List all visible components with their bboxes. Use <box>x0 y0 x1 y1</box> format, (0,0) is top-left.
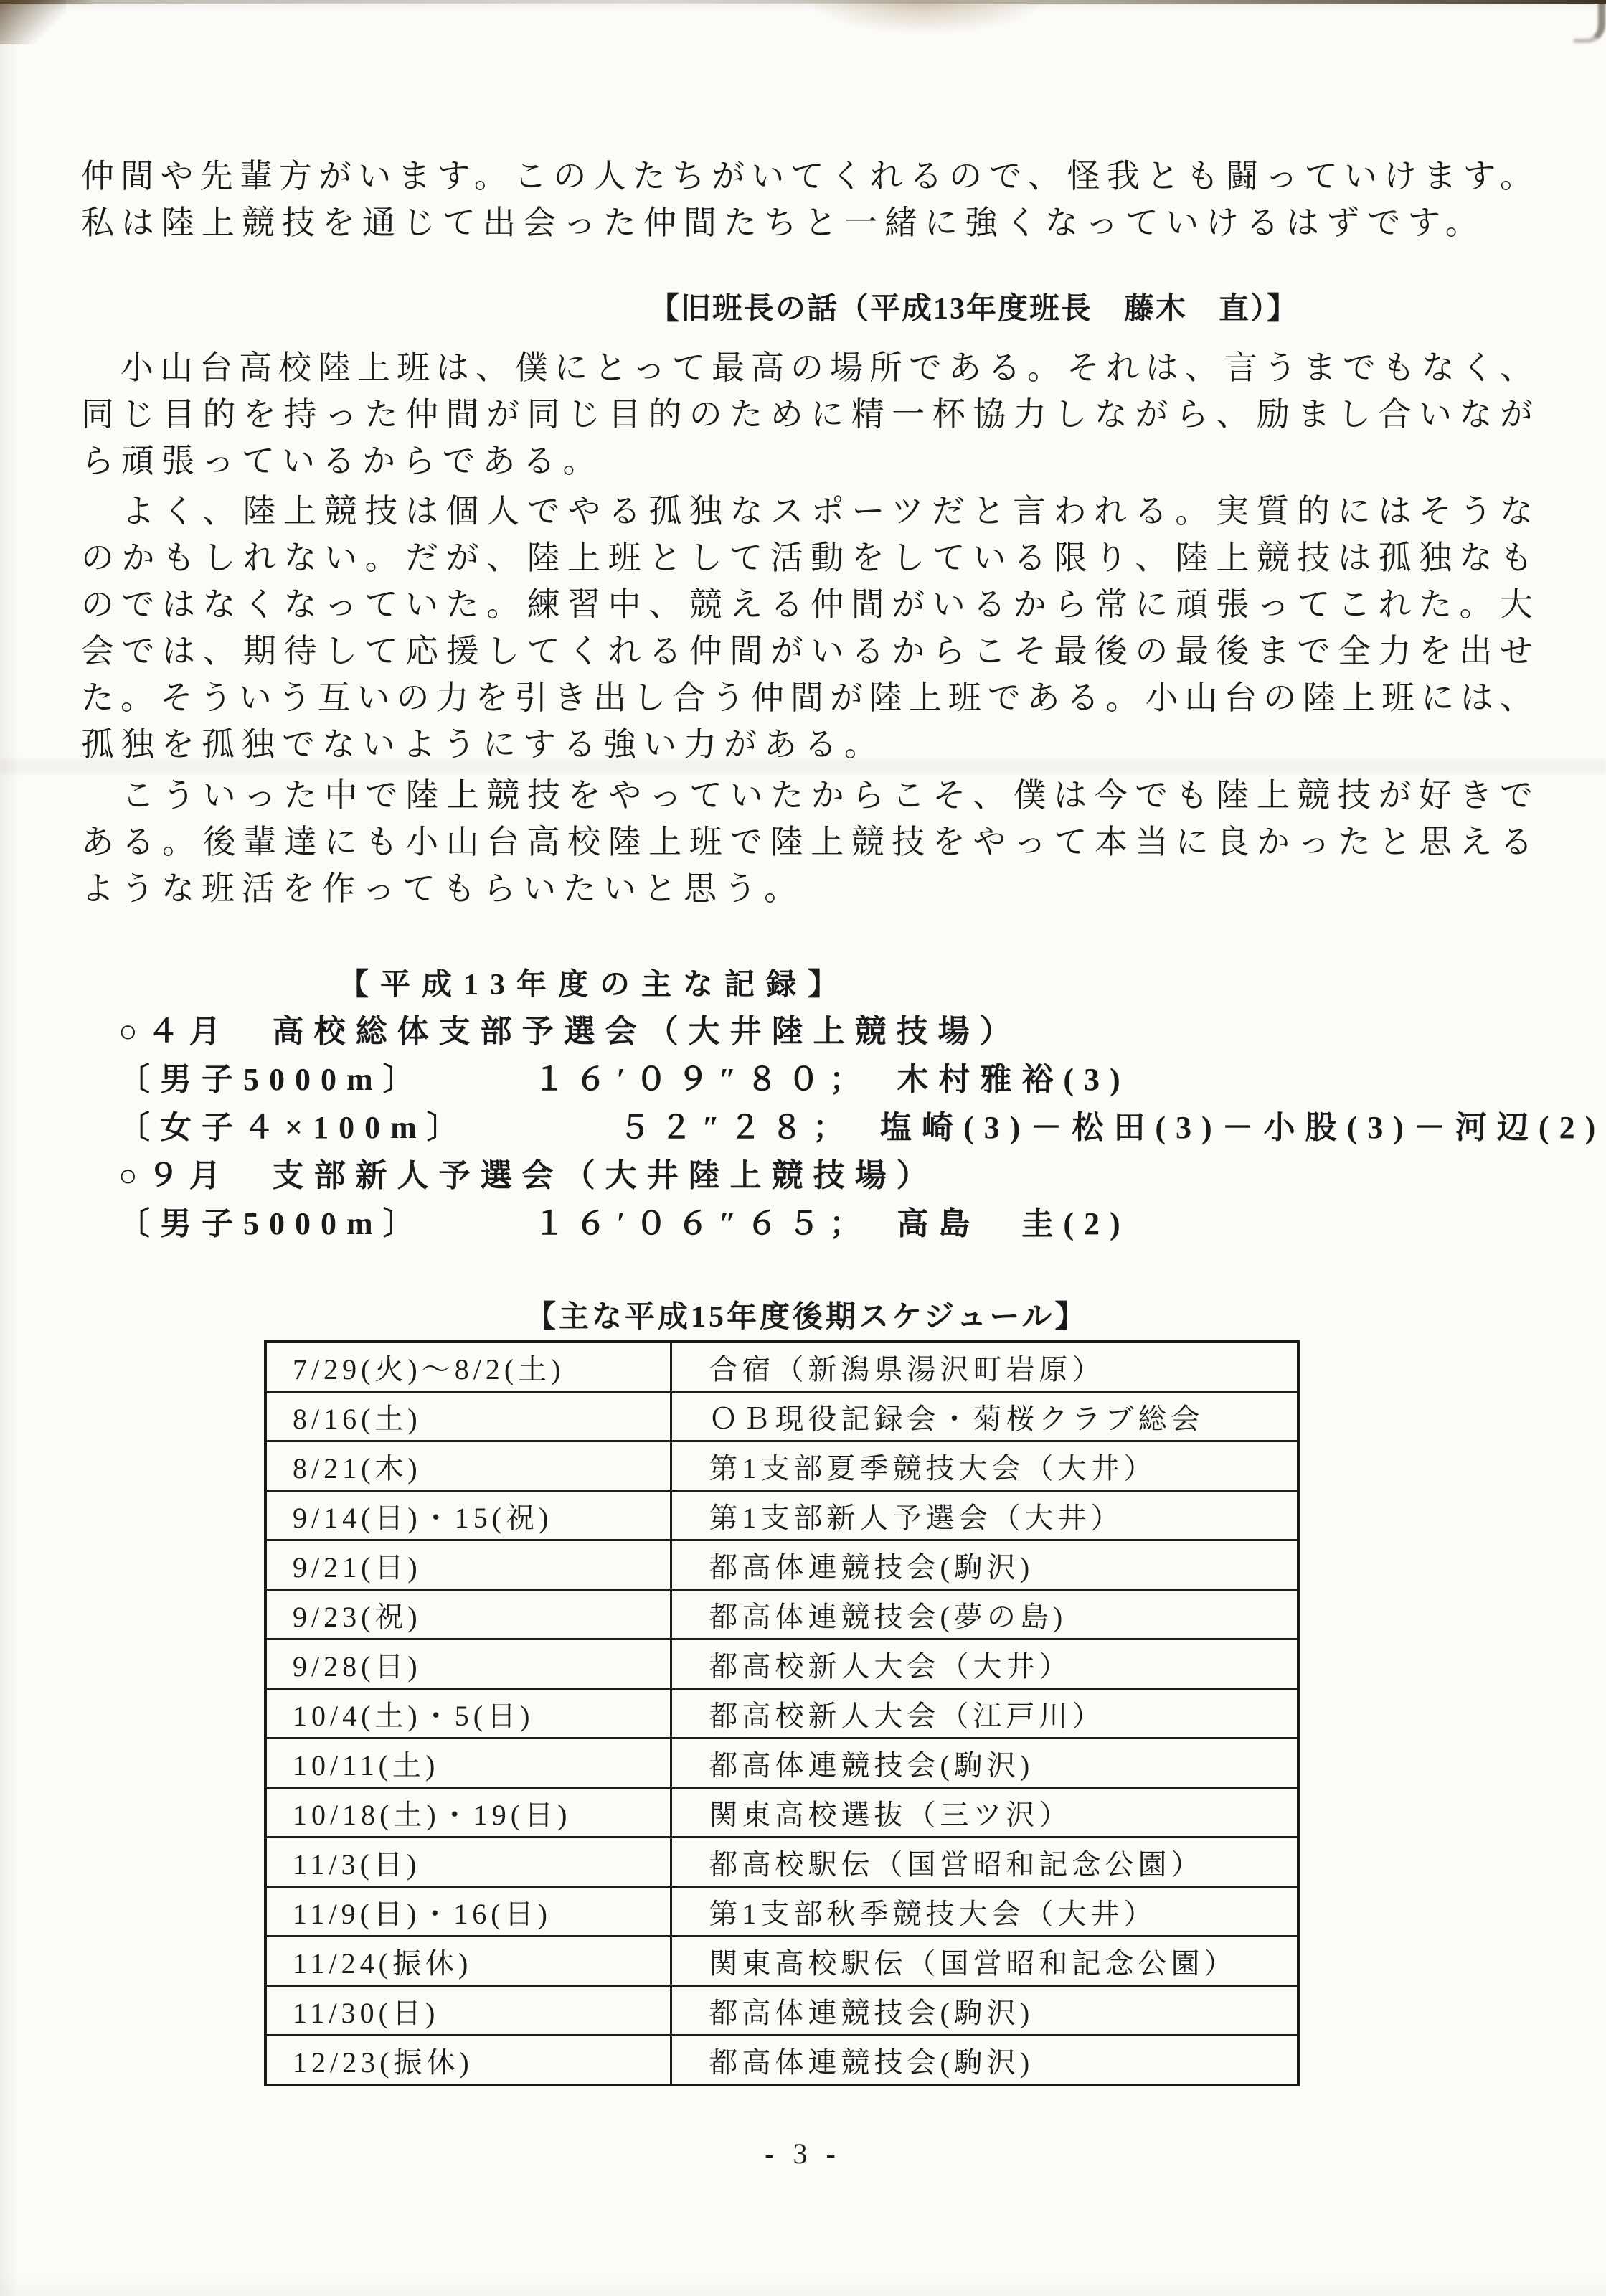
schedule-date-cell: 10/4(土)・5(日) <box>265 1689 671 1739</box>
schedule-row: 8/21(木) 第1支部夏季競技大会（大井） <box>265 1441 1298 1491</box>
scan-corner-artifact <box>0 0 66 44</box>
schedule-event-cell: 都高体連競技会(駒沢) <box>671 1739 1298 1788</box>
page-number: - 3 - <box>0 2137 1606 2170</box>
paragraph-line: よく、陸上競技は個人でやる孤独なスポーツだと言われる。実質的にはそうな <box>81 488 1533 535</box>
schedule-table: 7/29(火)～8/2(土) 合宿（新潟県湯沢町岩原） 8/16(土) ＯＢ現役… <box>264 1340 1300 2086</box>
paragraph-line: こういった中で陸上競技をやっていたからこそ、僕は今でも陸上競技が好きで <box>81 772 1533 819</box>
schedule-date-cell: 8/21(木) <box>265 1441 671 1491</box>
old-leader-paragraph-3: こういった中で陸上競技をやっていたからこそ、僕は今でも陸上競技が好きで ある。後… <box>81 772 1533 912</box>
paragraph-line: 同じ目的を持った仲間が同じ目的のために精一杯協力しながら、励まし合いなが <box>81 391 1533 438</box>
schedule-date-cell: 8/16(土) <box>265 1392 671 1441</box>
paragraph-line: のかもしれない。だが、陸上班として活動をしている限り、陸上競技は孤独なも <box>81 535 1533 581</box>
schedule-date-cell: 11/9(日)・16(日) <box>265 1887 671 1937</box>
schedule-row: 9/23(祝) 都高体連競技会(夢の島) <box>265 1590 1298 1639</box>
paragraph-line: 会では、期待して応援してくれる仲間がいるからこそ最後の最後まで全力を出せ <box>81 628 1533 674</box>
schedule-date-cell: 10/18(土)・19(日) <box>265 1788 671 1838</box>
scanned-document-page: 仲間や先輩方がいます。この人たちがいてくれるので、怪我とも闘っていけます。 私は… <box>0 0 1606 2296</box>
schedule-row: 10/4(土)・5(日) 都高校新人大会（江戸川） <box>265 1689 1298 1739</box>
schedule-row: 11/9(日)・16(日) 第1支部秋季競技大会（大井） <box>265 1887 1298 1937</box>
intro-paragraph: 仲間や先輩方がいます。この人たちがいてくれるので、怪我とも闘っていけます。 私は… <box>81 153 1533 246</box>
schedule-event-cell: 第1支部秋季競技大会（大井） <box>671 1887 1298 1937</box>
schedule-event-cell: 第1支部夏季競技大会（大井） <box>671 1441 1298 1491</box>
scan-smudge-artifact <box>807 0 1044 33</box>
schedule-row: 11/3(日) 都高校駅伝（国営昭和記念公園） <box>265 1838 1298 1887</box>
schedule-row: 8/16(土) ＯＢ現役記録会・菊桜クラブ総会 <box>265 1392 1298 1441</box>
schedule-event-cell: 都高校駅伝（国営昭和記念公園） <box>671 1838 1298 1887</box>
paragraph-line: 小山台高校陸上班は、僕にとって最高の場所である。それは、言うまでもなく、 <box>81 344 1533 391</box>
scan-hook-artifact <box>1574 0 1605 43</box>
schedule-event-cell: 都高体連競技会(夢の島) <box>671 1590 1298 1639</box>
schedule-event-cell: 都高体連競技会(駒沢) <box>671 2036 1298 2086</box>
section-heading-old-leader: 【旧班長の話（平成13年度班長 藤木 直）】 <box>649 288 1298 331</box>
records-list: ○４月 高校総体支部予選会（大井陸上競技場） 〔男子5000m〕 １６′０９″８… <box>118 1007 1605 1248</box>
schedule-row: 9/21(日) 都高体連競技会(駒沢) <box>265 1540 1298 1590</box>
schedule-date-cell: 9/14(日)・15(祝) <box>265 1491 671 1540</box>
schedule-row: 7/29(火)～8/2(土) 合宿（新潟県湯沢町岩原） <box>265 1342 1298 1392</box>
schedule-date-cell: 12/23(振休) <box>265 2036 671 2086</box>
schedule-event-cell: 関東高校駅伝（国営昭和記念公園） <box>671 1937 1298 1986</box>
schedule-row: 10/18(土)・19(日) 関東高校選抜（三ツ沢） <box>265 1788 1298 1838</box>
schedule-event-cell: 第1支部新人予選会（大井） <box>671 1491 1298 1540</box>
old-leader-paragraph-2: よく、陸上競技は個人でやる孤独なスポーツだと言われる。実質的にはそうな のかもし… <box>81 488 1533 768</box>
record-line: 〔男子5000m〕 １６′０９″８０； 木村雅裕(3) <box>118 1055 1605 1104</box>
schedule-date-cell: 9/28(日) <box>265 1639 671 1689</box>
schedule-date-cell: 11/24(振休) <box>265 1937 671 1986</box>
schedule-row: 12/23(振休) 都高体連競技会(駒沢) <box>265 2036 1298 2086</box>
schedule-row: 9/14(日)・15(祝) 第1支部新人予選会（大井） <box>265 1491 1298 1540</box>
schedule-event-cell: 都高体連競技会(駒沢) <box>671 1986 1298 2036</box>
schedule-row: 11/30(日) 都高体連競技会(駒沢) <box>265 1986 1298 2036</box>
schedule-event-cell: ＯＢ現役記録会・菊桜クラブ総会 <box>671 1392 1298 1441</box>
old-leader-paragraph-1: 小山台高校陸上班は、僕にとって最高の場所である。それは、言うまでもなく、 同じ目… <box>81 344 1533 484</box>
schedule-event-cell: 都高校新人大会（江戸川） <box>671 1689 1298 1739</box>
record-line: ○４月 高校総体支部予選会（大井陸上競技場） <box>118 1007 1605 1055</box>
paragraph-line: 私は陸上競技を通じて出会った仲間たちと一緒に強くなっていけるはずです。 <box>81 199 1533 246</box>
record-line: 〔男子5000m〕 １６′０６″６５； 高島 圭(2) <box>118 1200 1605 1248</box>
schedule-date-cell: 9/23(祝) <box>265 1590 671 1639</box>
schedule-row: 9/28(日) 都高校新人大会（大井） <box>265 1639 1298 1689</box>
schedule-date-cell: 11/30(日) <box>265 1986 671 2036</box>
scan-edge-artifact <box>0 0 1606 4</box>
paragraph-line: 孤独を孤独でないようにする強い力がある。 <box>81 721 1533 768</box>
record-line: ○９月 支部新人予選会（大井陸上競技場） <box>118 1152 1605 1200</box>
paragraph-line: 仲間や先輩方がいます。この人たちがいてくれるので、怪我とも闘っていけます。 <box>81 153 1533 199</box>
schedule-event-cell: 都高校新人大会（大井） <box>671 1639 1298 1689</box>
schedule-date-cell: 9/21(日) <box>265 1540 671 1590</box>
section-heading-schedule: 【主な平成15年度後期スケジュール】 <box>526 1296 1087 1339</box>
paragraph-line: ような班活を作ってもらいたいと思う。 <box>81 865 1533 912</box>
schedule-date-cell: 7/29(火)～8/2(土) <box>265 1342 671 1392</box>
schedule-event-cell: 合宿（新潟県湯沢町岩原） <box>671 1342 1298 1392</box>
schedule-date-cell: 10/11(土) <box>265 1739 671 1788</box>
paragraph-line: た。そういう互いの力を引き出し合う仲間が陸上班である。小山台の陸上班には、 <box>81 674 1533 721</box>
schedule-row: 10/11(土) 都高体連競技会(駒沢) <box>265 1739 1298 1788</box>
section-heading-records: 【平成13年度の主な記録】 <box>339 964 849 1007</box>
schedule-row: 11/24(振休) 関東高校駅伝（国営昭和記念公園） <box>265 1937 1298 1986</box>
record-line: 〔女子４×100m〕 ５２″２８； 塩崎(3)－松田(3)－小股(3)－河辺(2… <box>118 1104 1605 1152</box>
schedule-date-cell: 11/3(日) <box>265 1838 671 1887</box>
paragraph-line: のではなくなっていた。練習中、競える仲間がいるから常に頑張ってこれた。大 <box>81 581 1533 628</box>
schedule-event-cell: 関東高校選抜（三ツ沢） <box>671 1788 1298 1838</box>
paragraph-line: ある。後輩達にも小山台高校陸上班で陸上競技をやって本当に良かったと思える <box>81 819 1533 865</box>
schedule-event-cell: 都高体連競技会(駒沢) <box>671 1540 1298 1590</box>
paragraph-line: ら頑張っているからである。 <box>81 438 1533 484</box>
